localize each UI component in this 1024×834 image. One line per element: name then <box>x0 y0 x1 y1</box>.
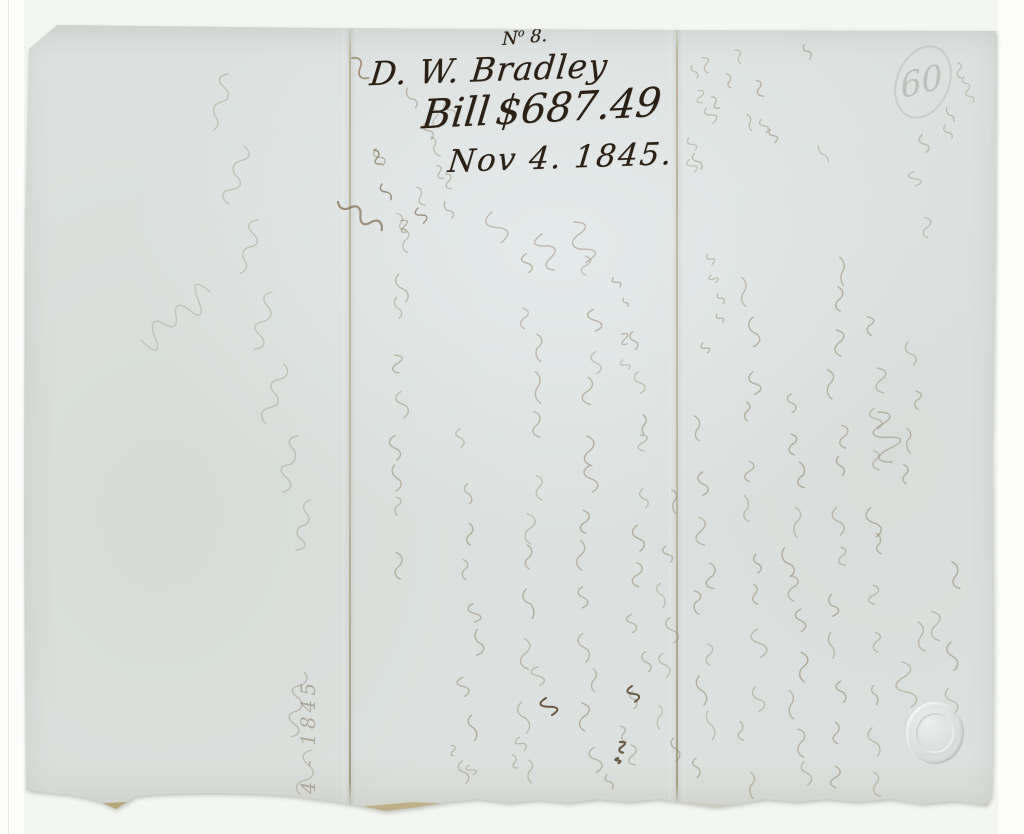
embossed-seal <box>906 702 964 764</box>
deckled-bottom-edge <box>24 797 994 814</box>
document-paper: No 8. D. W. Bradley Bill$687.49 Nov 4. 1… <box>24 24 998 814</box>
paper-shadow-wrap: No 8. D. W. Bradley Bill$687.49 Nov 4. 1… <box>24 24 998 814</box>
docket-date: Nov 4. 1845. <box>446 136 675 180</box>
docket-number-prefix: N <box>502 28 518 50</box>
docket-bill-amount: $687.49 <box>493 80 663 135</box>
docket-number: No 8. <box>502 24 547 50</box>
vertical-fold-line-right <box>676 24 678 806</box>
docket-number-value: 8. <box>524 25 547 48</box>
scanner-edge-line <box>8 0 9 834</box>
embossed-seal-inner-ring <box>916 713 954 753</box>
docket-bill-label: Bill <box>420 89 493 139</box>
margin-date-note: 4 - 1845 <box>296 564 320 794</box>
vertical-fold-line-left <box>349 24 351 806</box>
